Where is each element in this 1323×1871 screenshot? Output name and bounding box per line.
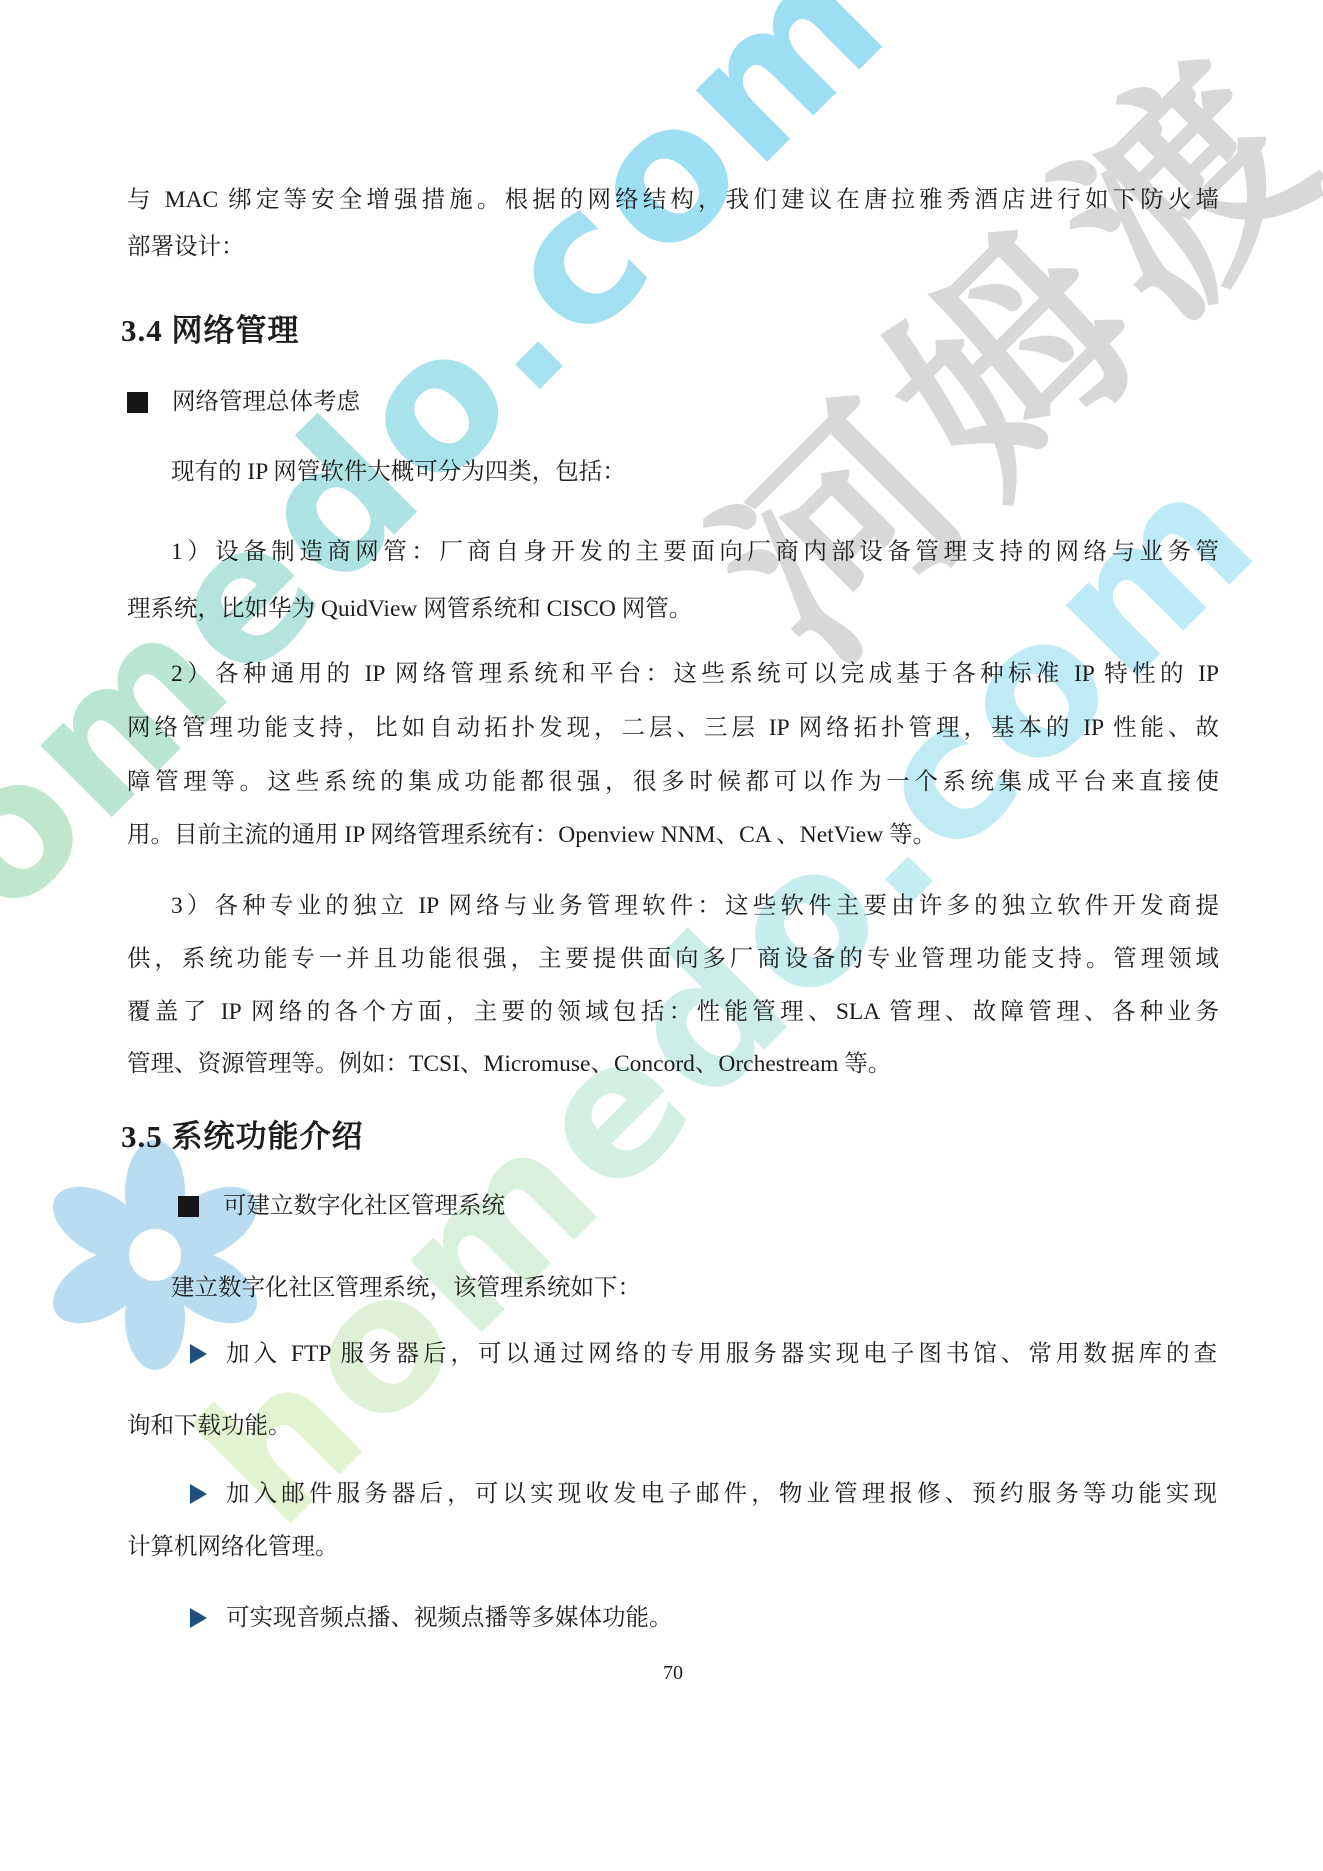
square-bullet-icon: [178, 1196, 199, 1217]
section-3-4-heading: 3.4 网络管理: [121, 312, 1213, 351]
item2-line-1: 2）各种通用的 IP 网络管理系统和平台：这些系统可以完成基于各种标准 IP 特…: [127, 660, 1219, 689]
bullet-label: 网络管理总体考虑: [172, 388, 360, 417]
bullet-network-management: 网络管理总体考虑: [127, 388, 1219, 417]
bullet-label: 可建立数字化社区管理系统: [223, 1192, 505, 1221]
intro-line-1: 与 MAC 绑定等安全增强措施。根据的网络结构，我们建议在唐拉雅秀酒店进行如下防…: [127, 186, 1219, 215]
item2-line-2: 网络管理功能支持，比如自动拓扑发现，二层、三层 IP 网络拓扑管理，基本的 IP…: [127, 714, 1219, 743]
feature-mail-line-2: 计算机网络化管理。: [127, 1533, 1219, 1562]
item3-line-4: 管理、资源管理等。例如：TCSI、Micromuse、Concord、Orche…: [127, 1050, 1219, 1079]
intro-line-2: 部署设计：: [127, 233, 1219, 262]
feature-text: 加入 FTP 服务器后，可以通过网络的专用服务器实现电子图书馆、常用数据库的查: [226, 1341, 1217, 1367]
para-four-types: 现有的 IP 网管软件大概可分为四类，包括：: [127, 458, 1219, 487]
item2-line-3: 障管理等。这些系统的集成功能都很强，很多时候都可以作为一个系统集成平台来直接使: [127, 768, 1219, 797]
arrow-bullet-icon: [190, 1608, 207, 1628]
arrow-bullet-icon: [190, 1484, 207, 1504]
item1-line-1: 1）设备制造商网管：厂商自身开发的主要面向厂商内部设备管理支持的网络与业务管: [127, 538, 1219, 567]
feature-text: 加入邮件服务器后，可以实现收发电子邮件，物业管理报修、预约服务等功能实现: [226, 1481, 1217, 1507]
square-bullet-icon: [127, 392, 148, 413]
page-number: 70: [127, 1662, 1219, 1685]
feature-ftp-line-1: 加入 FTP 服务器后，可以通过网络的专用服务器实现电子图书馆、常用数据库的查: [190, 1340, 1217, 1369]
feature-mail-line-1: 加入邮件服务器后，可以实现收发电子邮件，物业管理报修、预约服务等功能实现: [190, 1480, 1217, 1509]
feature-text: 可实现音频点播、视频点播等多媒体功能。: [226, 1605, 673, 1631]
section-3-5-heading: 3.5 系统功能介绍: [121, 1118, 1213, 1157]
item2-line-4: 用。目前主流的通用 IP 网络管理系统有：Openview NNM、CA 、Ne…: [127, 821, 1219, 850]
item1-line-2: 理系统，比如华为 QuidView 网管系统和 CISCO 网管。: [127, 595, 1219, 624]
flower-logo-icon: [40, 1140, 270, 1370]
item3-line-2: 供，系统功能专一并且功能很强，主要提供面向多厂商设备的专业管理功能支持。管理领域: [127, 945, 1219, 974]
feature-media-line: 可实现音频点播、视频点播等多媒体功能。: [190, 1604, 1217, 1633]
item3-line-3: 覆盖了 IP 网络的各个方面，主要的领域包括：性能管理、SLA 管理、故障管理、…: [127, 998, 1219, 1027]
bullet-digital-community: 可建立数字化社区管理系统: [178, 1192, 1218, 1221]
arrow-bullet-icon: [190, 1344, 207, 1364]
feature-ftp-line-2: 询和下载功能。: [127, 1412, 1219, 1441]
para-build-system: 建立数字化社区管理系统，该管理系统如下：: [127, 1274, 1219, 1303]
document-page: homedo.com homedo.com 河姆渡 与 MAC 绑定等安全增强措…: [0, 0, 1323, 1871]
item3-line-1: 3）各种专业的独立 IP 网络与业务管理软件：这些软件主要由许多的独立软件开发商…: [127, 892, 1219, 921]
